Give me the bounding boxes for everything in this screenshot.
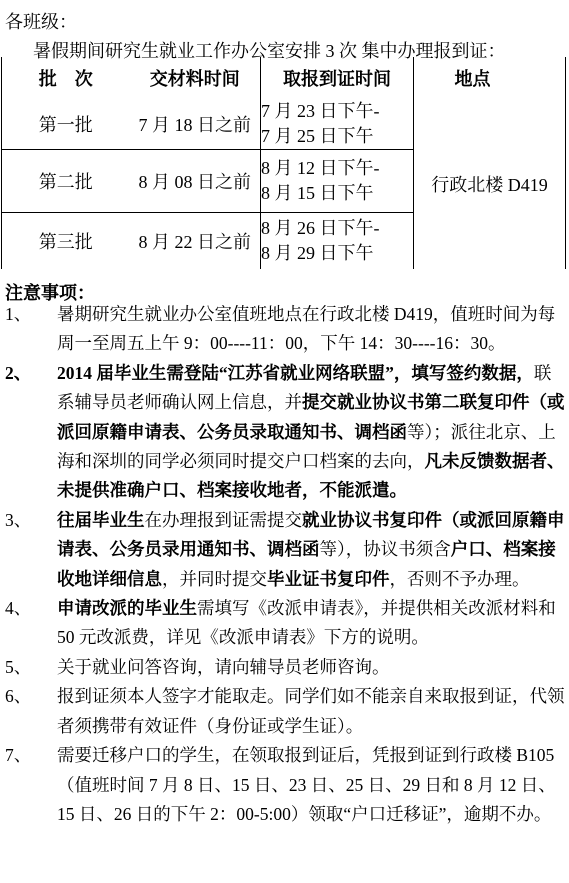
schedule-table-body: 第一批7 月 18 日之前7 月 23 日下午-7 月 25 日下午行政北楼 D…	[2, 99, 566, 269]
note-content: 暑期研究生就业办公室值班地点在行政北楼 D419，值班时间为每周一至周五上午 9…	[57, 300, 566, 359]
schedule-table: 批 次 交材料时间 取报到证时间 地点 第一批7 月 18 日之前7 月 23 …	[1, 57, 566, 269]
pickup-cell: 7 月 23 日下午-7 月 25 日下午	[261, 99, 414, 150]
note-number: 5、	[5, 653, 57, 682]
note-text-run: ，否则不予办理。	[390, 569, 530, 589]
pickup-time-line: 8 月 29 日下午	[261, 241, 413, 266]
note-content: 报到证须本人签字才能取走。同学们如不能亲自来取报到证，代领者须携带有效证件（身份…	[57, 682, 566, 741]
note-item: 5、关于就业问答咨询，请向辅导员老师咨询。	[5, 653, 566, 682]
note-text-run: 毕业证书复印件	[267, 569, 390, 589]
pickup-time-line: 8 月 15 日下午	[261, 181, 413, 206]
note-text-run: 在办理报到证需提交	[145, 510, 303, 530]
note-text-run: 报到证须本人签字才能取走。同学们如不能亲自来取报到证，代领者须携带有效证件（身份…	[57, 686, 565, 735]
note-text-run: 关于就业问答咨询，请向辅导员老师咨询。	[57, 657, 390, 677]
note-content: 申请改派的毕业生需填写《改派申请表》，并提供相关改派材料和 50 元改派费，详见…	[57, 594, 566, 653]
header-location: 地点	[414, 57, 566, 99]
note-text-run: 往届毕业生	[57, 510, 145, 530]
note-number: 4、	[5, 594, 57, 623]
note-number: 3、	[5, 506, 57, 535]
pickup-time-line: 8 月 26 日下午-	[261, 216, 413, 241]
table-header-row: 批 次 交材料时间 取报到证时间 地点	[2, 57, 566, 99]
header-material: 交材料时间	[130, 57, 261, 99]
table-row: 第一批7 月 18 日之前7 月 23 日下午-7 月 25 日下午行政北楼 D…	[2, 99, 566, 150]
notes-list: 1、暑期研究生就业办公室值班地点在行政北楼 D419，值班时间为每周一至周五上午…	[5, 300, 566, 829]
note-item: 2、2014 届毕业生需登陆“江苏省就业网络联盟”，填写签约数据，联系辅导员老师…	[5, 359, 566, 506]
note-text-run: 2014 届毕业生需登陆“江苏省就业网络联盟”，填写签约数据，	[57, 363, 534, 383]
greeting-line: 各班级：	[5, 8, 77, 34]
pickup-time-line: 8 月 12 日下午-	[261, 156, 413, 181]
header-batch: 批 次	[2, 57, 130, 99]
note-text-run: 需要迁移户口的学生，在领取报到证后，凭报到证到行政楼 B105（值班时间 7 月…	[57, 745, 556, 824]
note-number: 2、	[5, 359, 57, 388]
note-text-run: 申请改派的毕业生	[57, 598, 197, 618]
batch-cell: 第一批	[2, 99, 130, 150]
batch-cell: 第二批	[2, 150, 130, 213]
material-cell: 8 月 08 日之前	[130, 150, 261, 213]
note-content: 2014 届毕业生需登陆“江苏省就业网络联盟”，填写签约数据，联系辅导员老师确认…	[57, 359, 566, 506]
pickup-cell: 8 月 12 日下午-8 月 15 日下午	[261, 150, 414, 213]
pickup-cell: 8 月 26 日下午-8 月 29 日下午	[261, 213, 414, 270]
note-item: 7、需要迁移户口的学生，在领取报到证后，凭报到证到行政楼 B105（值班时间 7…	[5, 741, 566, 829]
note-text-run: ，并同时提交	[162, 569, 267, 589]
material-cell: 7 月 18 日之前	[130, 99, 261, 150]
note-content: 需要迁移户口的学生，在领取报到证后，凭报到证到行政楼 B105（值班时间 7 月…	[57, 741, 566, 829]
note-number: 7、	[5, 741, 57, 770]
material-cell: 8 月 22 日之前	[130, 213, 261, 270]
note-item: 6、报到证须本人签字才能取走。同学们如不能亲自来取报到证，代领者须携带有效证件（…	[5, 682, 566, 741]
note-item: 1、暑期研究生就业办公室值班地点在行政北楼 D419，值班时间为每周一至周五上午…	[5, 300, 566, 359]
note-text-run: 暑期研究生就业办公室值班地点在行政北楼 D419，值班时间为每周一至周五上午 9…	[57, 304, 555, 353]
note-item: 4、申请改派的毕业生需填写《改派申请表》，并提供相关改派材料和 50 元改派费，…	[5, 594, 566, 653]
note-text-run: 等），协议书须含	[320, 539, 451, 559]
note-number: 6、	[5, 682, 57, 711]
document-page: 各班级： 暑假期间研究生就业工作办公室安排 3 次 集中办理报到证： 批 次 交…	[0, 0, 569, 883]
pickup-time-line: 7 月 23 日下午-	[261, 99, 413, 124]
pickup-time-line: 7 月 25 日下午	[261, 124, 413, 149]
note-item: 3、往届毕业生在办理报到证需提交就业协议书复印件（或派回原籍申请表、公务员录用通…	[5, 506, 566, 594]
location-cell: 行政北楼 D419	[414, 99, 566, 269]
batch-cell: 第三批	[2, 213, 130, 270]
header-pickup: 取报到证时间	[261, 57, 414, 99]
note-content: 关于就业问答咨询，请向辅导员老师咨询。	[57, 653, 566, 682]
note-content: 往届毕业生在办理报到证需提交就业协议书复印件（或派回原籍申请表、公务员录用通知书…	[57, 506, 566, 594]
note-number: 1、	[5, 300, 57, 329]
